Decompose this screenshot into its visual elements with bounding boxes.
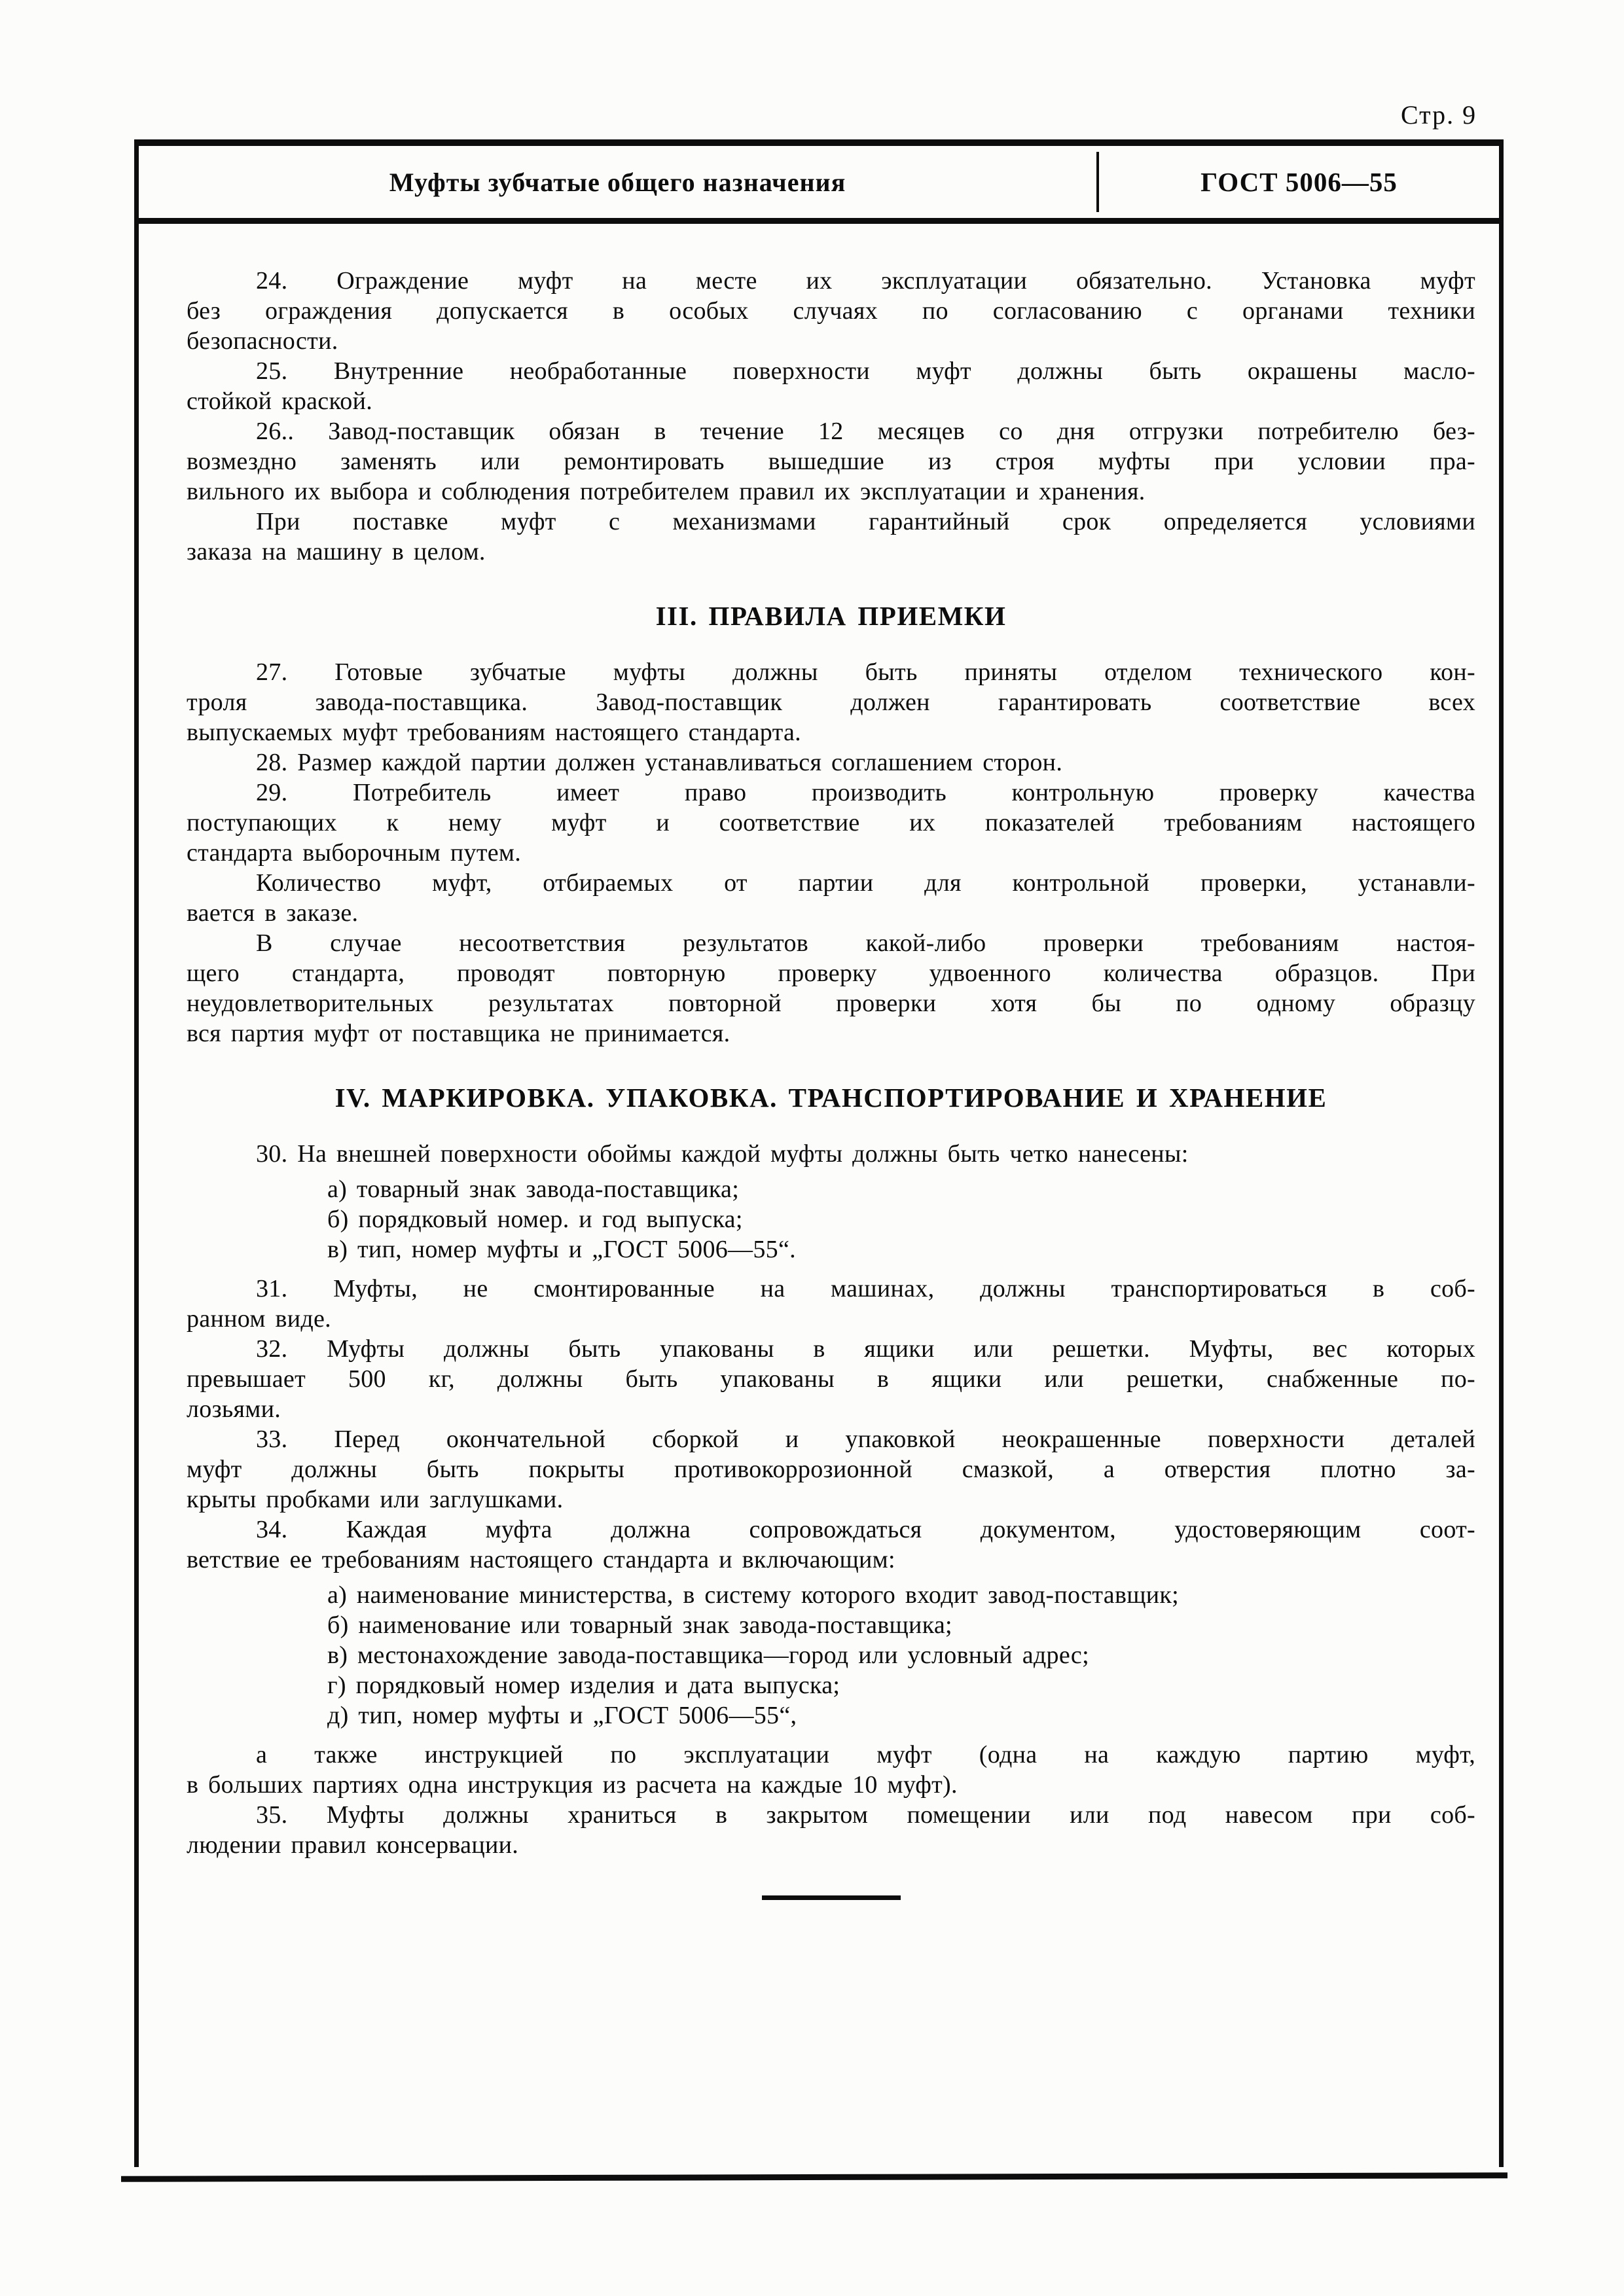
text-line: стойкой краской. <box>187 386 1475 416</box>
paragraph: 33. Перед окончательной сборкой и упаков… <box>187 1424 1475 1515</box>
text-line: 25. Внутренние необработанные поверхност… <box>187 356 1475 386</box>
text-line: безопасности. <box>187 326 1475 356</box>
text-line: Количество муфт, отбираемых от партии дл… <box>187 868 1475 898</box>
header-band: Муфты зубчатые общего назначения ГОСТ 50… <box>139 146 1499 224</box>
text-line: 31. Муфты, не смонтированные на машинах,… <box>187 1274 1475 1304</box>
text-line: 34. Каждая муфта должна сопровождаться д… <box>187 1515 1475 1545</box>
text-line: ветствие ее требованиям настоящего станд… <box>187 1545 1475 1575</box>
section-heading: III. ПРАВИЛА ПРИЕМКИ <box>187 601 1475 634</box>
end-divider-line <box>762 1895 901 1900</box>
lettered-list: а) наименование министерства, в систему … <box>187 1580 1475 1731</box>
text-line: вся партия муфт от поставщика не принима… <box>187 1018 1475 1049</box>
paragraph: Количество муфт, отбираемых от партии дл… <box>187 868 1475 928</box>
text-line: вается в заказе. <box>187 898 1475 928</box>
page-number: Стр. 9 <box>1401 99 1477 130</box>
bottom-border-line <box>121 2172 1507 2182</box>
paragraph: При поставке муфт с механизмами гарантий… <box>187 507 1475 567</box>
text-line: 27. Готовые зубчатые муфты должны быть п… <box>187 657 1475 687</box>
list-item: б) наименование или товарный знак завода… <box>327 1610 1475 1640</box>
text-line: возмездно заменять или ремонтировать выш… <box>187 446 1475 476</box>
document-body: 24. Ограждение муфт на месте их эксплуат… <box>187 224 1475 1900</box>
paragraph: 34. Каждая муфта должна сопровождаться д… <box>187 1515 1475 1575</box>
paragraph: 26.. Завод-поставщик обязан в течение 12… <box>187 416 1475 507</box>
list-item: в) тип, номер муфты и „ГОСТ 5006—55“. <box>327 1234 1475 1265</box>
text-line: людении правил консервации. <box>187 1830 1475 1860</box>
list-item: б) порядковый номер. и год выпуска; <box>327 1204 1475 1234</box>
document-page: Стр. 9 Муфты зубчатые общего назначения … <box>0 0 1624 2296</box>
paragraph: 32. Муфты должны быть упакованы в ящики … <box>187 1334 1475 1424</box>
paragraph: 30. На внешней поверхности обоймы каждой… <box>187 1139 1475 1169</box>
text-line: троля завода-поставщика. Завод-поставщик… <box>187 687 1475 717</box>
paragraph: 25. Внутренние необработанные поверхност… <box>187 356 1475 416</box>
lettered-list: а) товарный знак завода-поставщика;б) по… <box>187 1174 1475 1265</box>
text-line: щего стандарта, проводят повторную прове… <box>187 958 1475 988</box>
text-line: 24. Ограждение муфт на месте их эксплуат… <box>187 266 1475 296</box>
paragraph: 24. Ограждение муфт на месте их эксплуат… <box>187 266 1475 356</box>
text-line: без ограждения допускается в особых случ… <box>187 296 1475 326</box>
text-line: выпускаемых муфт требованиям настоящего … <box>187 717 1475 747</box>
paragraph: 27. Готовые зубчатые муфты должны быть п… <box>187 657 1475 747</box>
list-item: а) наименование министерства, в систему … <box>327 1580 1475 1610</box>
text-line: а также инструкцией по эксплуатации муфт… <box>187 1740 1475 1770</box>
document-title: Муфты зубчатые общего назначения <box>139 146 1096 218</box>
text-line: 30. На внешней поверхности обоймы каждой… <box>187 1139 1475 1169</box>
paragraph: а также инструкцией по эксплуатации муфт… <box>187 1740 1475 1800</box>
paragraph: 35. Муфты должны храниться в закрытом по… <box>187 1800 1475 1860</box>
text-line: 28. Размер каждой партии должен устанавл… <box>187 747 1475 778</box>
text-line: заказа на машину в целом. <box>187 537 1475 567</box>
text-line: 35. Муфты должны храниться в закрытом по… <box>187 1800 1475 1830</box>
page-frame: Муфты зубчатые общего назначения ГОСТ 50… <box>134 139 1504 2167</box>
standard-number: ГОСТ 5006—55 <box>1099 146 1499 218</box>
list-item: в) местонахождение завода-поставщика—гор… <box>327 1640 1475 1670</box>
text-line: вильного их выбора и соблюдения потребит… <box>187 476 1475 507</box>
paragraph: 28. Размер каждой партии должен устанавл… <box>187 747 1475 778</box>
text-line: в больших партиях одна инструкция из рас… <box>187 1770 1475 1800</box>
text-line: муфт должны быть покрыты противокоррозио… <box>187 1454 1475 1484</box>
list-item: д) тип, номер муфты и „ГОСТ 5006—55“, <box>327 1700 1475 1731</box>
text-line: 29. Потребитель имеет право производить … <box>187 778 1475 808</box>
text-line: превышает 500 кг, должны быть упакованы … <box>187 1364 1475 1394</box>
text-line: лозьями. <box>187 1394 1475 1424</box>
list-item: г) порядковый номер изделия и дата выпус… <box>327 1670 1475 1700</box>
text-line: ранном виде. <box>187 1304 1475 1334</box>
text-line: 26.. Завод-поставщик обязан в течение 12… <box>187 416 1475 446</box>
text-line: стандарта выборочным путем. <box>187 838 1475 868</box>
text-line: неудовлетворительных результатах повторн… <box>187 988 1475 1018</box>
paragraph: В случае несоответствия результатов како… <box>187 928 1475 1049</box>
text-line: поступающих к нему муфт и соответствие и… <box>187 808 1475 838</box>
paragraph: 29. Потребитель имеет право производить … <box>187 778 1475 868</box>
paragraph: 31. Муфты, не смонтированные на машинах,… <box>187 1274 1475 1334</box>
text-line: 33. Перед окончательной сборкой и упаков… <box>187 1424 1475 1454</box>
section-heading: IV. МАРКИРОВКА. УПАКОВКА. ТРАНСПОРТИРОВА… <box>187 1083 1475 1115</box>
text-line: При поставке муфт с механизмами гарантий… <box>187 507 1475 537</box>
text-line: В случае несоответствия результатов како… <box>187 928 1475 958</box>
text-line: крыты пробками или заглушками. <box>187 1484 1475 1515</box>
list-item: а) товарный знак завода-поставщика; <box>327 1174 1475 1204</box>
text-line: 32. Муфты должны быть упакованы в ящики … <box>187 1334 1475 1364</box>
